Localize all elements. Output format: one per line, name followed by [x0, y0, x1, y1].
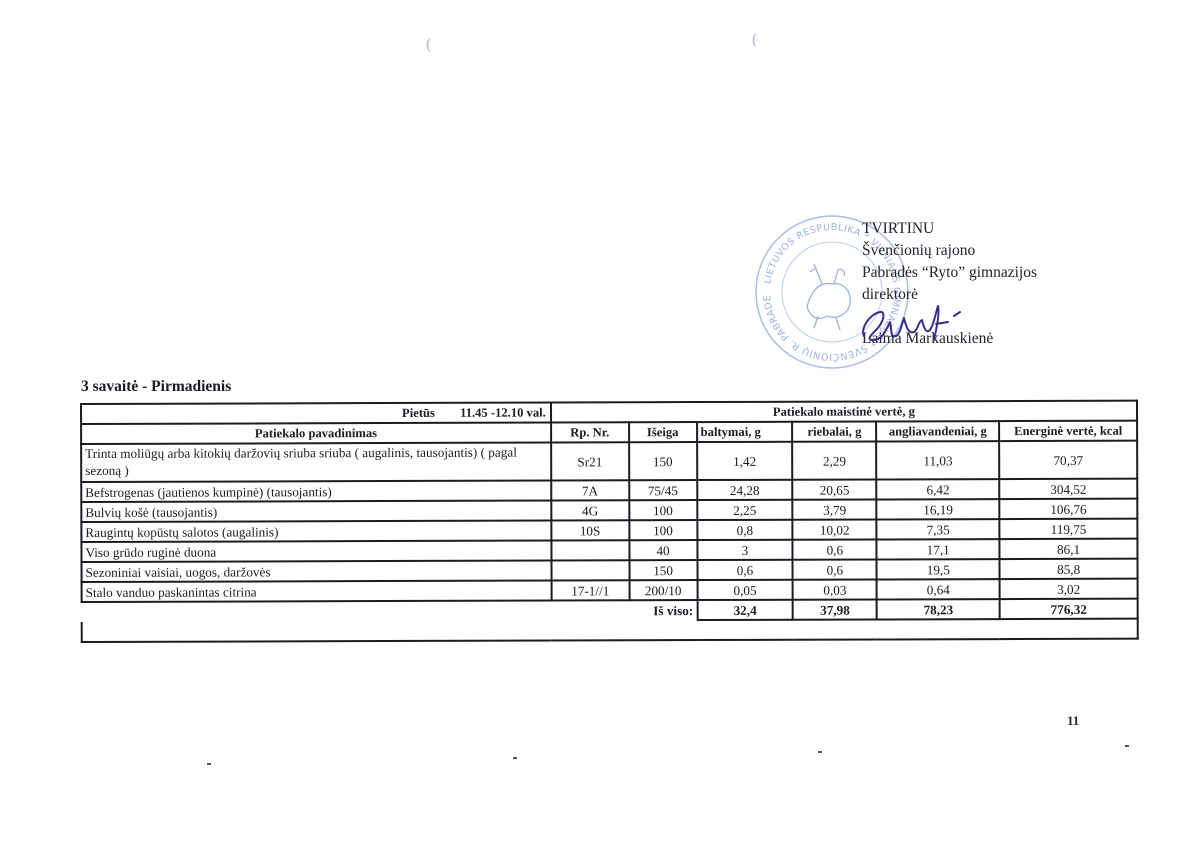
nutrition-header: Patiekalo maistinė vertė, g [551, 401, 1137, 423]
cell-protein: 1,42 [697, 442, 793, 480]
total-protein: 32,4 [697, 600, 793, 620]
scan-speck [207, 763, 211, 765]
cell-recipe-no [551, 560, 629, 580]
cell-carbs: 7,35 [877, 519, 1000, 539]
cell-yield: 150 [629, 442, 697, 480]
cell-protein: 0,6 [697, 560, 793, 580]
cell-carbs: 16,19 [877, 499, 1000, 519]
cell-carbs: 17,1 [877, 539, 1000, 559]
cell-carbs: 0,64 [877, 579, 1000, 599]
cell-fat: 3,79 [793, 499, 877, 519]
cell-yield: 100 [629, 520, 697, 540]
col-header-recipe-no: Rp. Nr. [551, 422, 629, 442]
cell-yield: 150 [629, 560, 697, 580]
meal-header: Pietūs 11.45 -12.10 val. [81, 403, 551, 424]
cell-carbs: 6,42 [877, 479, 1000, 499]
menu-table: Pietūs 11.45 -12.10 val. Patiekalo maist… [80, 400, 1139, 643]
cell-energy: 304,52 [999, 479, 1137, 499]
scan-mark: ( [752, 31, 757, 49]
col-header-fat: riebalai, g [792, 421, 876, 441]
cell-energy: 86,1 [1000, 539, 1138, 559]
cell-protein: 0,05 [697, 580, 793, 600]
cell-protein: 0,8 [697, 520, 793, 540]
cell-protein: 2,25 [697, 500, 793, 520]
cell-fat: 2,29 [793, 441, 877, 479]
total-carbs: 78,23 [877, 599, 1000, 619]
cell-name: Befstrogenas (jautienos kumpinė) (tausoj… [81, 481, 551, 502]
approval-district: Švenčionių rajono [862, 240, 1037, 262]
cell-fat: 0,6 [793, 539, 877, 559]
cell-name: Viso grūdo ruginė duona [81, 541, 551, 562]
col-header-name: Patiekalo pavadinimas [81, 423, 551, 444]
scan-speck [818, 751, 822, 753]
cell-recipe-no [551, 540, 629, 560]
cell-yield: 75/45 [629, 480, 697, 500]
scan-speck [513, 757, 517, 759]
cell-energy: 70,37 [999, 441, 1137, 479]
cell-name: Trinta moliūgų arba kitokių daržovių sri… [81, 443, 551, 482]
cell-name: Sezoniniai vaisiai, uogos, daržovės [81, 561, 551, 582]
col-header-yield: Išeiga [629, 422, 697, 442]
total-fat: 37,98 [793, 599, 877, 619]
empty-row [82, 619, 1138, 642]
cell-yield: 100 [629, 500, 697, 520]
total-label: Iš viso: [82, 600, 698, 622]
meal-time: 11.45 -12.10 val. [460, 405, 546, 419]
approval-title: TVIRTINU [862, 218, 1037, 240]
cell-fat: 10,02 [793, 519, 877, 539]
cell-carbs: 11,03 [876, 441, 999, 479]
cell-carbs: 19,5 [877, 559, 1000, 579]
cell-fat: 0,6 [793, 559, 877, 579]
cell-energy: 119,75 [1000, 519, 1138, 539]
cell-recipe-no: 4G [551, 500, 629, 520]
cell-protein: 3 [697, 540, 793, 560]
cell-recipe-no: 7A [551, 480, 629, 500]
col-header-protein: baltymai, g [697, 422, 793, 442]
table-row: Trinta moliūgų arba kitokių daržovių sri… [81, 441, 1137, 482]
scan-speck [1125, 745, 1129, 747]
page-number: 11 [1067, 713, 1079, 729]
cell-protein: 24,28 [697, 480, 793, 500]
cell-recipe-no: 10S [551, 520, 629, 540]
total-energy: 776,32 [1000, 599, 1138, 619]
cell-recipe-no: Sr21 [551, 442, 629, 480]
cell-energy: 3,02 [1000, 579, 1138, 599]
cell-yield: 40 [629, 540, 697, 560]
cell-name: Stalo vanduo paskanintas citrina [82, 581, 552, 602]
col-header-energy: Energinė vertė, kcal [999, 421, 1137, 441]
col-header-carbs: angliavandeniai, g [876, 421, 999, 441]
signature-icon [856, 300, 966, 346]
cell-recipe-no: 17-1//1 [551, 580, 629, 600]
cell-energy: 106,76 [1000, 499, 1138, 519]
cell-name: Raugintų kopūstų salotos (augalinis) [81, 521, 551, 542]
page-title: 3 savaitė - Pirmadienis [81, 378, 231, 396]
meal-name: Pietūs [402, 405, 435, 419]
cell-fat: 0,03 [793, 579, 877, 599]
scan-mark: ( [426, 36, 431, 54]
cell-name: Bulvių košė (tausojantis) [81, 501, 551, 522]
approval-school: Pabradės “Ryto” gimnazijos [862, 262, 1037, 284]
cell-energy: 85,8 [1000, 559, 1138, 579]
cell-yield: 200/10 [629, 580, 697, 600]
cell-fat: 20,65 [793, 479, 877, 499]
